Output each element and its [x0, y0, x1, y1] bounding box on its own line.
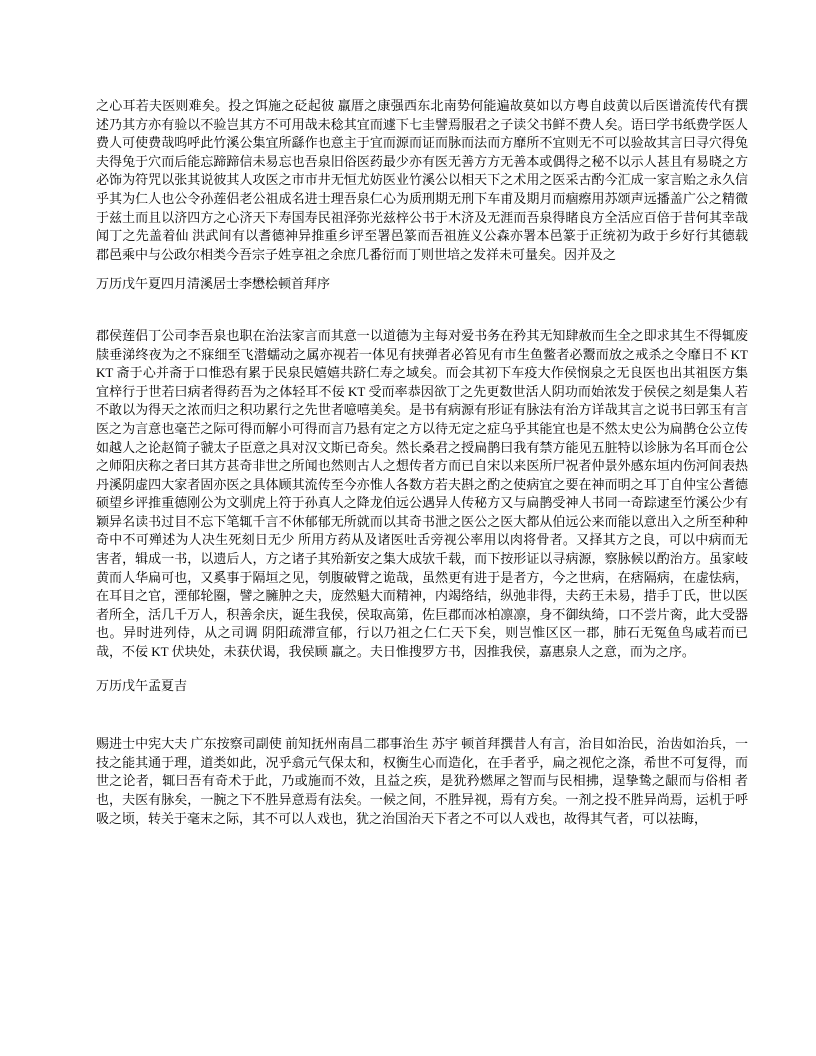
- preface-1-dateline: 万历戊午夏四月清溪居士李懋桧顿首拜序: [96, 275, 748, 294]
- preface-1-paragraph: 之心耳若夫医则难矣。投之饵施之砭起彼 羸厝之康强西东北南势何能遍故莫如以方粤自歧…: [96, 97, 748, 264]
- preface-2-dateline: 万历戊午孟夏吉: [96, 677, 748, 696]
- preface-3-paragraph: 赐进士中宪大夫 广东按察司副使 前知抚州南昌二郡事治生 苏宇 顿首拜撰昔人有言，…: [96, 735, 748, 828]
- document-page: 之心耳若夫医则难矣。投之饵施之砭起彼 羸厝之康强西东北南势何能遍故莫如以方粤自歧…: [0, 0, 816, 1056]
- document-text-block: 之心耳若夫医则难矣。投之饵施之砭起彼 羸厝之康强西东北南势何能遍故莫如以方粤自歧…: [96, 97, 748, 828]
- preface-2-paragraph: 郡侯莲侣丁公司李吾泉也职在治法家言而其意一以道德为主每对爱书务在矜其无知肆赦而生…: [96, 327, 748, 662]
